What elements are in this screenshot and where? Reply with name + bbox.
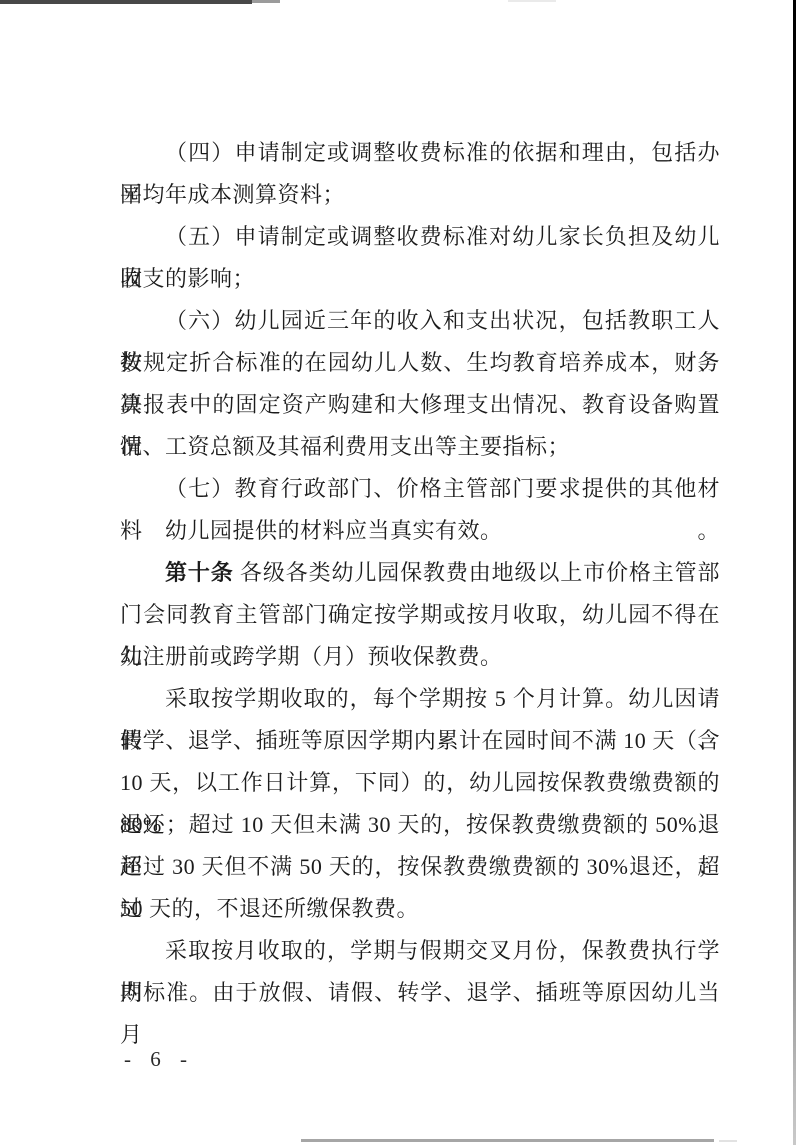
- text-line: 算报表中的固定资产购建和大修理支出情况、教育设备购置情: [120, 384, 720, 426]
- page-edge-line: [793, 0, 796, 1145]
- scan-artifact-bottom-bar: [301, 1139, 714, 1142]
- text-line: 门会同教育主管部门确定按学期或按月收取，幼儿园不得在幼: [120, 594, 720, 636]
- scan-artifact-bottom-mark: [719, 1140, 737, 1142]
- text-line: 第十条 各级各类幼儿园保教费由地级以上市价格主管部: [120, 552, 720, 594]
- text-line: 转学、退学、插班等原因学期内累计在园时间不满 10 天（含: [120, 720, 720, 762]
- text-line: 采取按学期收取的，每个学期按 5 个月计算。幼儿因请假、: [120, 678, 720, 720]
- page-number: - 6 -: [124, 1047, 194, 1072]
- scan-artifact-top-edge-light: [508, 0, 556, 2]
- text-line: 按规定折合标准的在园幼儿人数、生均教育培养成本，财务决: [120, 342, 720, 384]
- text-line: 收支的影响；: [120, 258, 720, 300]
- text-line: （六）幼儿园近三年的收入和支出状况，包括教职工人数、: [120, 300, 720, 342]
- text-line: （四）申请制定或调整收费标准的依据和理由，包括办园: [120, 132, 720, 174]
- text-line: （五）申请制定或调整收费标准对幼儿家长负担及幼儿园: [120, 216, 720, 258]
- text-line: 况、工资总额及其福利费用支出等主要指标；: [120, 426, 720, 468]
- text-line: 退还；超过 10 天但未满 30 天的，按保教费缴费额的 50%退还；: [120, 804, 720, 846]
- text-line: 儿注册前或跨学期（月）预收保教费。: [120, 636, 720, 678]
- scanned-document-page: （四）申请制定或调整收费标准的依据和理由，包括办园平均年成本测算资料；（五）申请…: [0, 0, 800, 1145]
- text-line: 50 天的，不退还所缴保教费。: [120, 888, 720, 930]
- text-line: 超过 30 天但不满 50 天的，按保教费缴费额的 30%退还，超过: [120, 846, 720, 888]
- text-line: 10 天，以工作日计算，下同）的，幼儿园按保教费缴费额的 80%: [120, 762, 720, 804]
- document-body: （四）申请制定或调整收费标准的依据和理由，包括办园平均年成本测算资料；（五）申请…: [120, 132, 720, 1014]
- article-number-bold: 第十条: [165, 560, 234, 585]
- scan-artifact-top-edge-dark: [0, 0, 252, 4]
- scan-artifact-top-edge-mid: [252, 0, 280, 3]
- text-line: （七）教育行政部门、价格主管部门要求提供的其他材料。: [120, 468, 720, 510]
- text-line: 内标准。由于放假、请假、转学、退学、插班等原因幼儿当月: [120, 972, 720, 1014]
- text-line: 采取按月收取的，学期与假期交叉月份，保教费执行学期: [120, 930, 720, 972]
- text-line: 平均年成本测算资料；: [120, 174, 720, 216]
